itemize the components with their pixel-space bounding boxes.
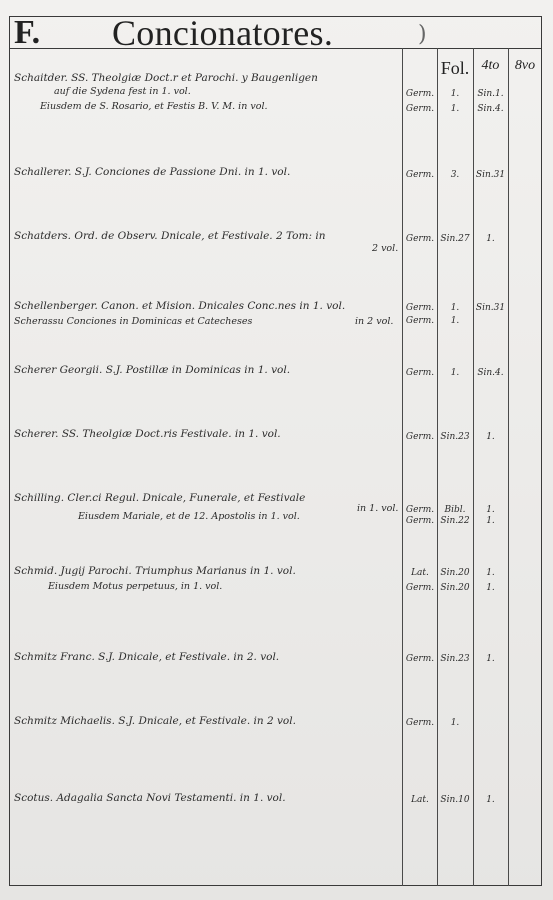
- language-cell: Germ.: [403, 505, 437, 515]
- column-header-quarto: 4to: [473, 58, 508, 74]
- folio-cell: Sin.23: [437, 432, 473, 442]
- quarto-cell: 1.: [473, 432, 508, 442]
- column-header-folio: Fol.: [437, 58, 473, 79]
- language-cell: Germ.: [403, 104, 437, 114]
- ink-mark: ): [418, 22, 427, 47]
- entry-line: Schatders. Ord. de Observ. Dnicale, et F…: [14, 230, 404, 242]
- quarto-cell: Sin.4.: [473, 104, 508, 114]
- folio-cell: Sin.22: [437, 516, 473, 526]
- language-cell: Lat.: [403, 795, 437, 805]
- quarto-cell: 1.: [473, 583, 508, 593]
- entry-line: Scherassu Conciones in Dominicas et Cate…: [14, 316, 404, 328]
- folio-cell: Sin.20: [437, 583, 473, 593]
- quarto-cell: Sin.31: [473, 170, 508, 180]
- folio-cell: Sin.10: [437, 795, 473, 805]
- language-cell: Lat.: [403, 568, 437, 578]
- language-cell: Germ.: [403, 432, 437, 442]
- language-cell: Germ.: [403, 583, 437, 593]
- column-header-octavo: 8vo: [508, 58, 542, 74]
- quarto-cell: 1.: [473, 654, 508, 664]
- folio-cell: Bibl.: [437, 505, 473, 515]
- entry-line: 2 vol.: [372, 243, 553, 255]
- folio-cell: Sin.23: [437, 654, 473, 664]
- quarto-cell: Sin.31: [473, 303, 508, 313]
- entry-line: Schellenberger. Canon. et Mision. Dnical…: [14, 300, 404, 312]
- page-title: Concionatores.: [112, 14, 333, 52]
- entry-line: Schilling. Cler.ci Regul. Dnicale, Funer…: [14, 492, 404, 504]
- folio-cell: 3.: [437, 170, 473, 180]
- entry-line: auf die Sydena fest in 1. vol.: [54, 86, 444, 98]
- folio-cell: Sin.20: [437, 568, 473, 578]
- language-cell: Germ.: [403, 654, 437, 664]
- language-cell: Germ.: [403, 368, 437, 378]
- column-rule-octavo: [508, 48, 509, 886]
- page-frame: [9, 16, 542, 886]
- section-letter: F.: [14, 16, 40, 50]
- language-cell: Germ.: [403, 718, 437, 728]
- folio-cell: 1.: [437, 89, 473, 99]
- folio-cell: 1.: [437, 368, 473, 378]
- quarto-cell: 1.: [473, 505, 508, 515]
- quarto-cell: 1.: [473, 234, 508, 244]
- folio-cell: 1.: [437, 316, 473, 326]
- entry-line: Schaitder. SS. Theolgiæ Doct.r et Paroch…: [14, 72, 404, 84]
- language-cell: Germ.: [403, 303, 437, 313]
- quarto-cell: Sin.1.: [473, 89, 508, 99]
- quarto-cell: 1.: [473, 568, 508, 578]
- entry-line: Scherer. SS. Theolgiæ Doct.ris Festivale…: [14, 428, 404, 440]
- entry-line: Eiusdem de S. Rosario, et Festis B. V. M…: [40, 101, 430, 113]
- quarto-cell: Sin.4.: [473, 368, 508, 378]
- entry-line: Eiusdem Motus perpetuus, in 1. vol.: [48, 581, 438, 593]
- folio-cell: 1.: [437, 104, 473, 114]
- entry-line: Schallerer. S.J. Conciones de Passione D…: [14, 166, 404, 178]
- entry-line: Schmitz Michaelis. S.J. Dnicale, et Fest…: [14, 715, 404, 727]
- language-cell: Germ.: [403, 170, 437, 180]
- quarto-cell: 1.: [473, 516, 508, 526]
- entry-line: Scherer Georgii. S.J. Postillæ in Domini…: [14, 364, 404, 376]
- folio-cell: 1.: [437, 718, 473, 728]
- entry-line: Schmitz Franc. S.J. Dnicale, et Festival…: [14, 651, 404, 663]
- entry-line: Schmid. Jugij Parochi. Triumphus Marianu…: [14, 565, 404, 577]
- quarto-cell: 1.: [473, 795, 508, 805]
- entry-line: Scotus. Adagalia Sancta Novi Testamenti.…: [14, 792, 404, 804]
- language-cell: Germ.: [403, 89, 437, 99]
- language-cell: Germ.: [403, 316, 437, 326]
- folio-cell: Sin.27: [437, 234, 473, 244]
- language-cell: Germ.: [403, 516, 437, 526]
- folio-cell: 1.: [437, 303, 473, 313]
- language-cell: Germ.: [403, 234, 437, 244]
